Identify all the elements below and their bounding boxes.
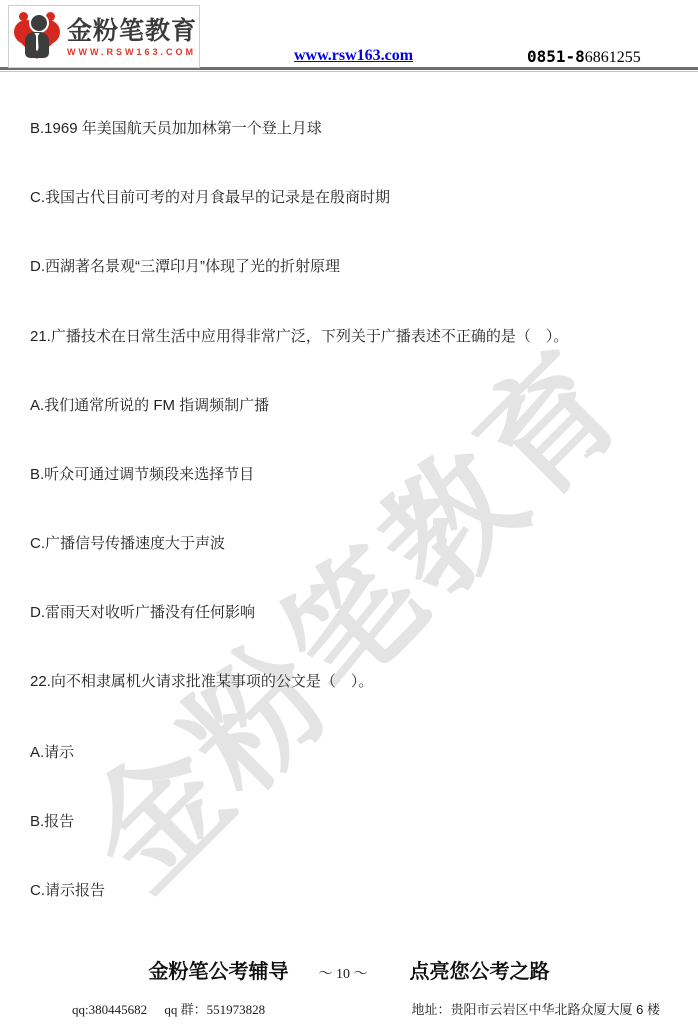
brand-name: 金粉笔教育: [67, 17, 197, 45]
brand-logo: 金粉笔教育 WWW.RSW163.COM: [8, 5, 200, 68]
website-link[interactable]: www.rsw163.com: [294, 47, 413, 65]
document-page: 金粉笔教育 金粉笔教育 WWW.RSW163.COM www.rsw163.co…: [0, 0, 698, 1035]
option-line-d-thunder: D.雷雨天对收听广播没有任何影响: [30, 604, 255, 622]
option-line-a-fm: A.我们通常所说的 FM 指调频制广播: [30, 397, 269, 415]
phone-number: 0851-86861255: [527, 47, 641, 67]
qq-number: qq:380445682: [72, 1002, 147, 1017]
option-line-c-eclipse: C.我国古代目前可考的对月食最早的记录是在殷商时期: [30, 189, 390, 207]
phone-number-bold: 0851-8: [527, 47, 585, 66]
option-line-b-tuning: B.听众可通过调节频段来选择节目: [30, 466, 254, 484]
option-line-b-baogao: B.报告: [30, 813, 74, 831]
footer-slogan: 金粉笔公考辅导 ～ 10 ～ 点亮您公考之路: [0, 955, 698, 984]
option-line-a-qingshi: A.请示: [30, 744, 74, 762]
brand-logo-icon: [13, 12, 61, 62]
qq-group-number: qq 群：551973828: [164, 1002, 265, 1017]
question-22: 22.向不相隶属机火请求批准某事项的公文是（ ）。: [30, 673, 373, 691]
footer-slogan-left: 金粉笔公考辅导: [149, 955, 289, 984]
option-line-d-westlake: D.西湖著名景观“三潭印月”体现了光的折射原理: [30, 258, 340, 276]
footer-qq-line: qq:380445682 qq 群：551973828: [72, 999, 265, 1018]
brand-watermark: 金粉笔教育: [60, 327, 650, 917]
header-divider-shadow: [0, 71, 698, 72]
question-21: 21.广播技术在日常生活中应用得非常广泛，下列关于广播表述不正确的是（ ）。: [30, 328, 568, 346]
option-line-c-qingshibaogao: C.请示报告: [30, 882, 105, 900]
footer-address: 地址：贵阳市云岩区中华北路众厦大厦 6 楼: [412, 999, 660, 1018]
option-line-b-moon: B.1969 年美国航天员加加林第一个登上月球: [30, 120, 322, 138]
page-number: ～ 10 ～: [319, 963, 368, 983]
brand-logo-texts: 金粉笔教育 WWW.RSW163.COM: [67, 17, 197, 57]
phone-number-rest: 6861255: [585, 49, 641, 66]
footer-slogan-right: 点亮您公考之路: [410, 955, 550, 984]
option-line-c-signal: C.广播信号传播速度大于声波: [30, 535, 225, 553]
brand-site-caps: WWW.RSW163.COM: [67, 47, 197, 57]
